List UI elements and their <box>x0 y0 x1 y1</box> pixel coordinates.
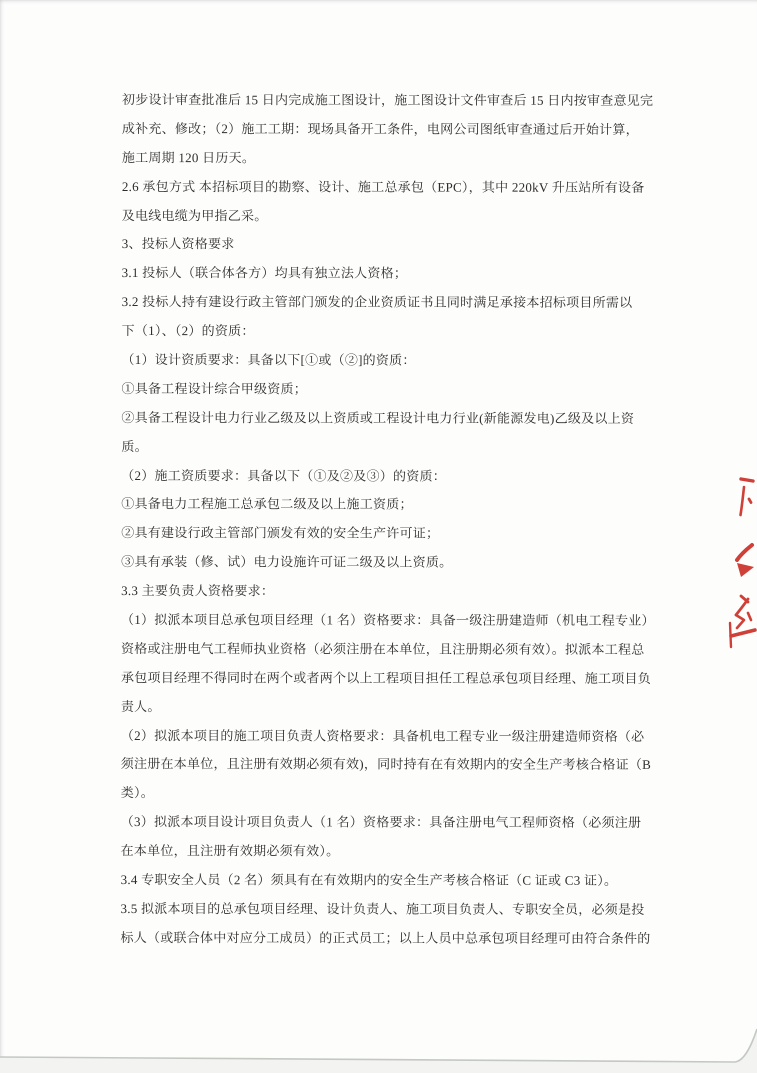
document-line: ①具备工程设计综合甲级资质； <box>121 375 651 405</box>
paper-edge-shadow <box>0 1029 757 1073</box>
document-line: 须注册在本单位，且注册有效期必须有效)，同时持有在有效期内的安全生产考核合格证（… <box>121 750 651 780</box>
document-line: 施工周期 120 日历天。 <box>122 144 652 174</box>
document-line: 初步设计审查批准后 15 日内完成施工图设计，施工图设计文件审查后 15 日内按… <box>122 86 652 116</box>
document-line: 标人（或联合体中对应分工成员）的正式员工；以上人员中总承包项目经理可由符合条件的 <box>120 924 650 954</box>
document-line: 2.6 承包方式 本招标项目的勘察、设计、施工总承包（EPC），其中 220kV… <box>122 173 652 203</box>
document-line: 3.5 拟派本项目的总承包项目经理、设计负责人、施工项目负责人、专职安全员，必须… <box>121 895 651 925</box>
red-mark-middle <box>737 545 754 577</box>
document-line: 3.1 投标人（联合体各方）均具有独立法人资格； <box>122 259 652 289</box>
red-mark-top <box>741 479 754 515</box>
document-line: 及电线电缆为甲指乙采。 <box>122 202 652 232</box>
document-line: ③具有承装（修、试）电力设施许可证二级及以上资质。 <box>121 548 651 578</box>
document-line: 资格或注册电气工程师执业资格（必须注册在本单位，且注册期必须有效）。拟派本工程总 <box>121 635 651 665</box>
document-line: （3）拟派本项目设计项目负责人（1 名）资格要求：具备注册电气工程师资格（必须注… <box>121 808 651 838</box>
document-line: 3、投标人资格要求 <box>122 230 652 260</box>
document-line: 承包项目经理不得同时在两个或者两个以上工程项目担任工程总承包项目经理、施工项目负 <box>121 664 651 694</box>
document-line: ②具备工程设计电力行业乙级及以上资质或工程设计电力行业(新能源发电)乙级及以上资 <box>121 404 651 434</box>
document-line: ②具有建设行政主管部门颁发有效的安全生产许可证； <box>121 519 651 549</box>
document-text-block: 初步设计审查批准后 15 日内完成施工图设计，施工图设计文件审查后 15 日内按… <box>120 86 652 954</box>
document-line: 成补充、修改；（2）施工工期：现场具备开工条件，电网公司图纸审查通过后开始计算， <box>122 115 652 145</box>
document-line: 3.3 主要负责人资格要求： <box>121 577 651 607</box>
scanned-document-page: 初步设计审查批准后 15 日内完成施工图设计，施工图设计文件审查后 15 日内按… <box>0 0 757 1073</box>
paper-edge-line <box>0 1029 757 1062</box>
red-ink-annotation-marks <box>727 466 757 658</box>
document-line: 责人。 <box>121 693 651 723</box>
document-line: 质。 <box>121 433 651 463</box>
document-line: 3.2 投标人持有建设行政主管部门颁发的企业资质证书且同时满足承接本招标项目所需… <box>122 288 652 318</box>
paper-edge <box>0 1013 757 1073</box>
document-line: 在本单位，且注册有效期必须有效）。 <box>121 837 651 867</box>
document-line: （2）施工资质要求：具备以下（①及②及③）的资质： <box>121 462 651 492</box>
document-line: 下（1）、（2）的资质： <box>122 317 652 347</box>
red-mark-bottom <box>730 596 755 647</box>
document-line: 类）。 <box>121 779 651 809</box>
document-line: （1）设计资质要求：具备以下[①或（②]的资质： <box>121 346 651 376</box>
document-line: （2）拟派本项目的施工项目负责人资格要求：具备机电工程专业一级注册建造师资格（必 <box>121 722 651 752</box>
document-line: （1）拟派本项目总承包项目经理（1 名）资格要求：具备一级注册建造师（机电工程专… <box>121 606 651 636</box>
document-line: 3.4 专职安全人员（2 名）须具有在有效期内的安全生产考核合格证（C 证或 C… <box>121 866 651 896</box>
document-line: ①具备电力工程施工总承包二级及以上施工资质； <box>121 490 651 520</box>
